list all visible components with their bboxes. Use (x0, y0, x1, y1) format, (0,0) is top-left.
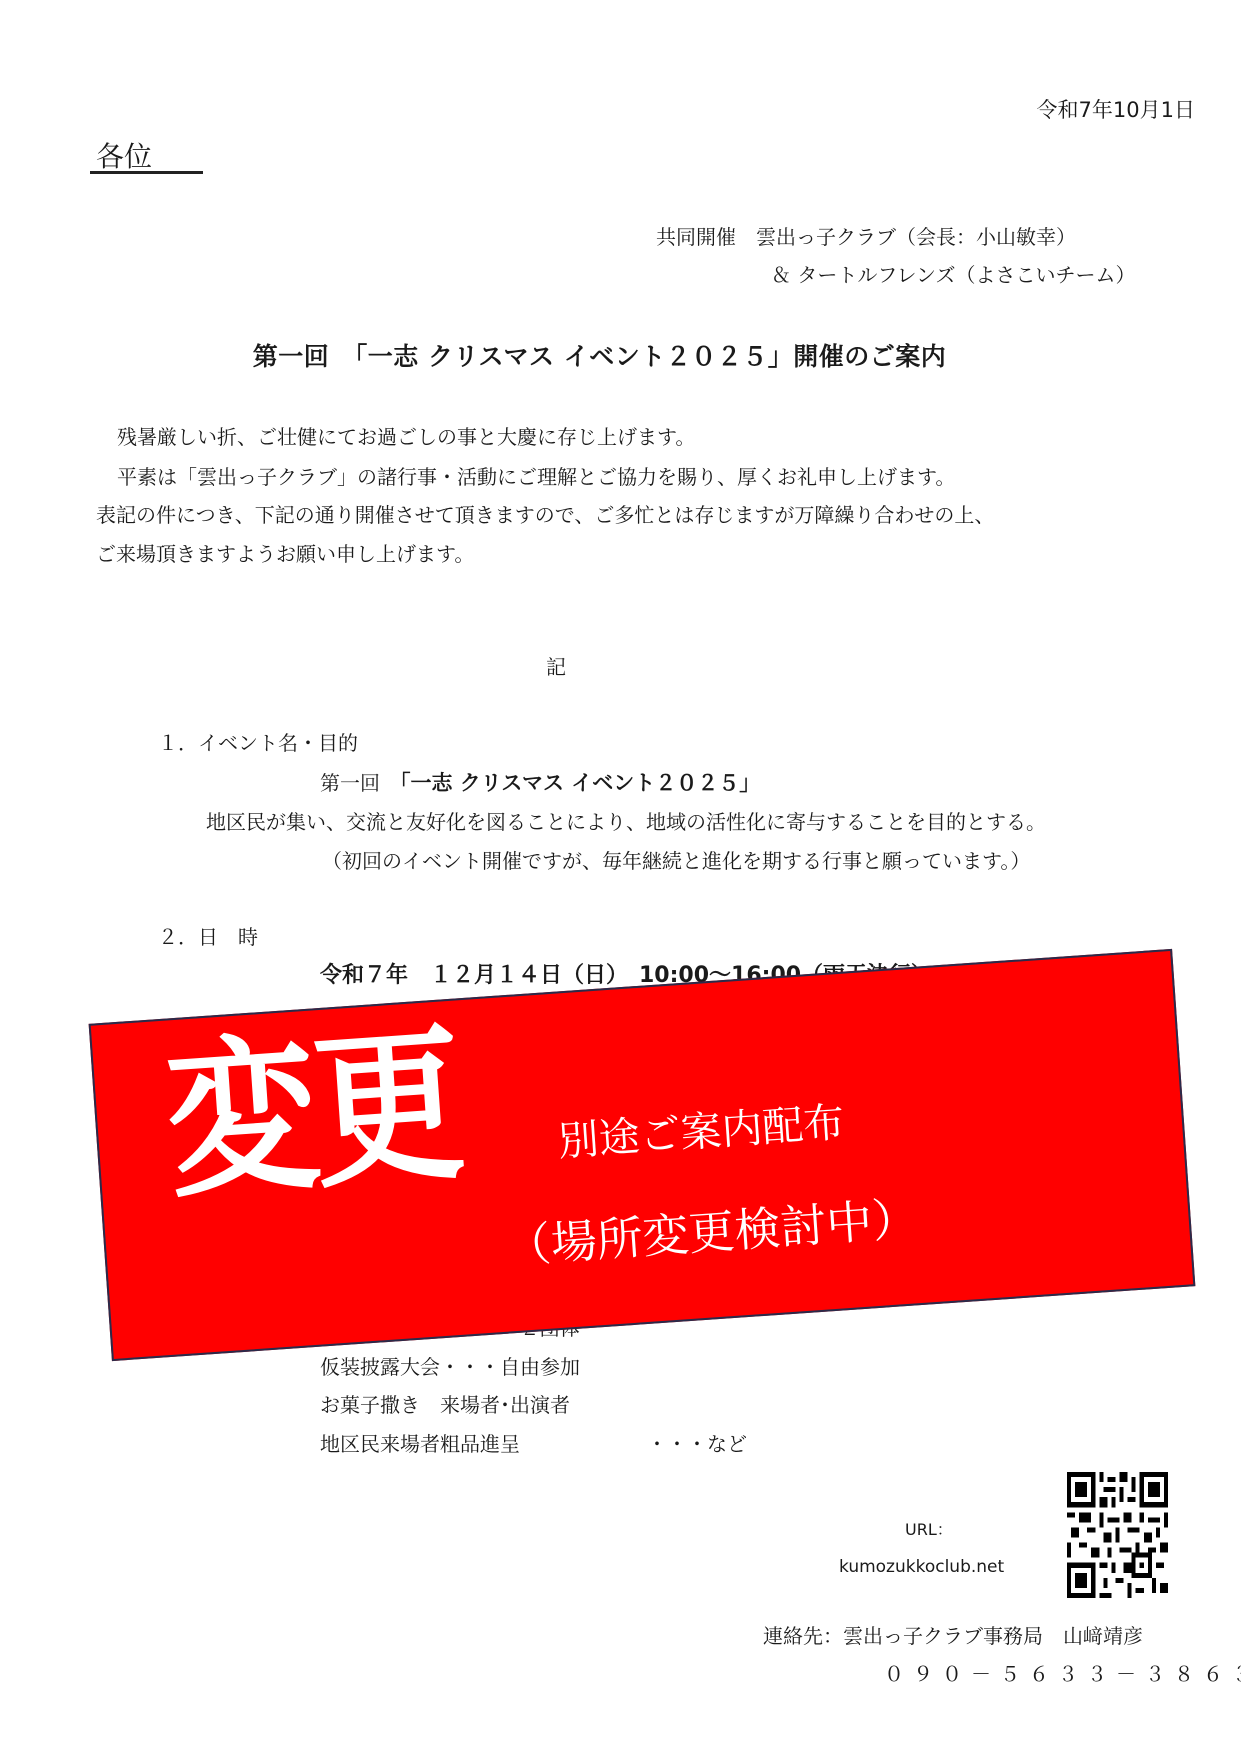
greeting-paragraph-1: 残暑厳しい折、ご壮健にてお過ごしの事と大慶に存じ上げます。 (117, 421, 695, 450)
event-name-prefix: 第一回 (320, 771, 400, 795)
program-item-suffix: ・・・など (647, 1428, 747, 1457)
addressee-underline (90, 171, 203, 174)
host-organizer-2: ＆ タートルフレンズ（よさこいチーム） (771, 259, 1135, 288)
event-note: （初回のイベント開催ですが、毎年継続と進化を期する行事と願っています。） (322, 845, 1030, 874)
ki-marker: 記 (546, 651, 566, 680)
program-item: 地区民来場者粗品進呈・・・など (320, 1428, 520, 1457)
program-item: お菓子撒き 来場者･出演者 (320, 1389, 570, 1418)
section-1-heading: １．イベント名・目的 (158, 727, 358, 756)
change-notice-title: 変更 (162, 1021, 465, 1209)
document-title: 第一回 「一志 クリスマス イベント２０２５」開催のご案内 (0, 337, 1241, 373)
event-name: 第一回 「一志 クリスマス イベント２０２５」 (320, 767, 760, 797)
greeting-paragraph-3: 表記の件につき、下記の通り開催させて頂きますので、ご多忙とは存じますが万障繰り合… (96, 499, 994, 528)
greeting-paragraph-4: ご来場頂きますようお願い申し上げます。 (96, 538, 474, 567)
change-notice-banner: 変更 別途ご案内配布 （場所変更検討中） (89, 949, 1196, 1361)
greeting-paragraph-2: 平素は「雲出っ子クラブ」の諸行事・活動にご理解とご協力を賜り、厚くお礼申し上げま… (117, 461, 955, 490)
url-label: URL： (905, 1517, 953, 1540)
program-item-label: 地区民来場者粗品進呈 (320, 1432, 520, 1456)
qr-code-icon[interactable] (1067, 1472, 1168, 1598)
event-purpose: 地区民が集い、交流と友好化を図ることにより、地域の活性化に寄与することを目的とす… (206, 806, 1046, 835)
section-2-heading: ２．日 時 (158, 921, 258, 950)
contact-info: 連絡先：雲出っ子クラブ事務局 山﨑靖彦 (763, 1620, 1143, 1649)
url-link[interactable]: kumozukkoclub.net (839, 1557, 1004, 1577)
event-name-title: 「一志 クリスマス イベント２０２５」 (400, 771, 760, 795)
contact-phone: ０９０－５６３３－３８６３ (884, 1658, 1241, 1687)
program-item: 仮装披露大会・・・自由参加 (320, 1351, 580, 1380)
change-notice-subtitle-2: （場所変更検討中） (503, 1195, 919, 1269)
addressee: 各位 (96, 135, 152, 175)
document-date: 令和7年10月1日 (1037, 94, 1195, 124)
host-organizer-1: 共同開催 雲出っ子クラブ（会長：小山敏幸） (656, 221, 1076, 250)
change-notice-subtitle-1: 別途ご案内配布 (557, 1102, 846, 1163)
